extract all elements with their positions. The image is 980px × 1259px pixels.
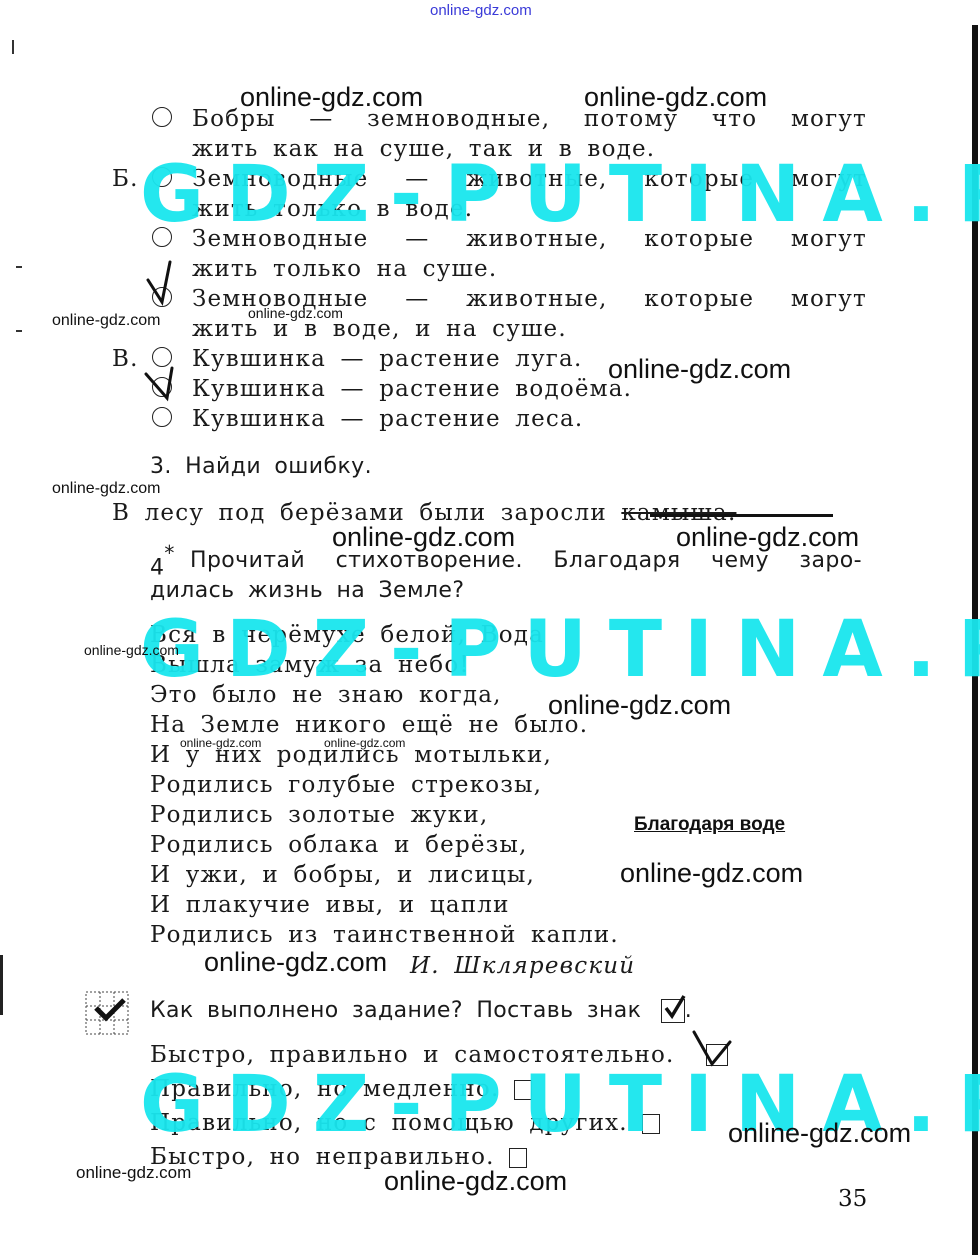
watermark-site: online-gdz.com bbox=[248, 305, 343, 321]
task-4-number: 4* bbox=[150, 547, 175, 580]
option-text: жить только на суше. bbox=[192, 256, 497, 282]
handwritten-check-icon bbox=[142, 366, 182, 402]
option-text: Кувшинка — растение леса. bbox=[192, 406, 583, 432]
watermark-site: online-gdz.com bbox=[620, 858, 803, 889]
option-text: Кувшинка — растение луга. bbox=[192, 346, 582, 372]
strikethrough-line bbox=[650, 514, 833, 517]
watermark-top: online-gdz.com bbox=[430, 2, 532, 19]
watermark-site: online-gdz.com bbox=[76, 1163, 191, 1183]
task-4-heading-cont: дилась жизнь на Земле? bbox=[150, 578, 464, 603]
watermark-site: online-gdz.com bbox=[332, 522, 515, 553]
watermark-site: online-gdz.com bbox=[52, 480, 161, 498]
handwritten-check-icon bbox=[140, 258, 180, 308]
poem-line: Родились голубые стрекозы, bbox=[150, 772, 619, 802]
watermark-site: online-gdz.com bbox=[240, 82, 423, 113]
watermark-site: online-gdz.com bbox=[204, 947, 387, 978]
poem-line: Родились облака и берёзы, bbox=[150, 832, 619, 862]
watermark-site: online-gdz.com bbox=[324, 736, 405, 750]
scan-mark bbox=[16, 266, 22, 268]
scan-mark bbox=[12, 40, 14, 54]
radio-option[interactable] bbox=[152, 407, 172, 427]
page-number: 35 bbox=[838, 1186, 867, 1212]
poem-line: Родились золотые жуки, bbox=[150, 802, 619, 832]
check-icon bbox=[662, 994, 688, 1020]
self-check-checkbox[interactable] bbox=[509, 1148, 527, 1168]
self-check-prompt: Как выполнено задание? Поставь знак . bbox=[150, 998, 692, 1023]
watermark-site: online-gdz.com bbox=[52, 312, 161, 330]
scan-mark bbox=[0, 955, 3, 1015]
scan-mark bbox=[16, 330, 22, 332]
watermark-site: online-gdz.com bbox=[676, 522, 859, 553]
self-check-icon bbox=[84, 990, 132, 1038]
poem-author: И. Шкляревский bbox=[410, 953, 635, 979]
option-text: Кувшинка — растение водоёма. bbox=[192, 376, 632, 402]
watermark-site: online-gdz.com bbox=[384, 1166, 567, 1197]
watermark-site: online-gdz.com bbox=[180, 736, 261, 750]
watermark-cyan: GDZ-PUTINA.RU bbox=[140, 150, 980, 240]
watermark-cyan: GDZ-PUTINA.RU bbox=[140, 605, 980, 695]
watermark-site: online-gdz.com bbox=[548, 690, 731, 721]
poem-line: И плакучие ивы, и цапли bbox=[150, 892, 619, 922]
watermark-site: online-gdz.com bbox=[728, 1118, 911, 1149]
task-3-heading: 3. Найди ошибку. bbox=[150, 454, 372, 479]
poem-line: И ужи, и бобры, и лисицы, bbox=[150, 862, 619, 892]
watermark-site: online-gdz.com bbox=[84, 642, 179, 658]
watermark-site: online-gdz.com bbox=[584, 82, 767, 113]
question-label-b: Б. bbox=[112, 166, 139, 192]
radio-option[interactable] bbox=[152, 107, 172, 127]
example-checkbox bbox=[661, 999, 685, 1023]
handwritten-answer: Благодаря воде bbox=[634, 814, 785, 836]
radio-option[interactable] bbox=[152, 347, 172, 367]
watermark-site: online-gdz.com bbox=[608, 354, 791, 385]
question-label-v: В. bbox=[112, 346, 139, 372]
